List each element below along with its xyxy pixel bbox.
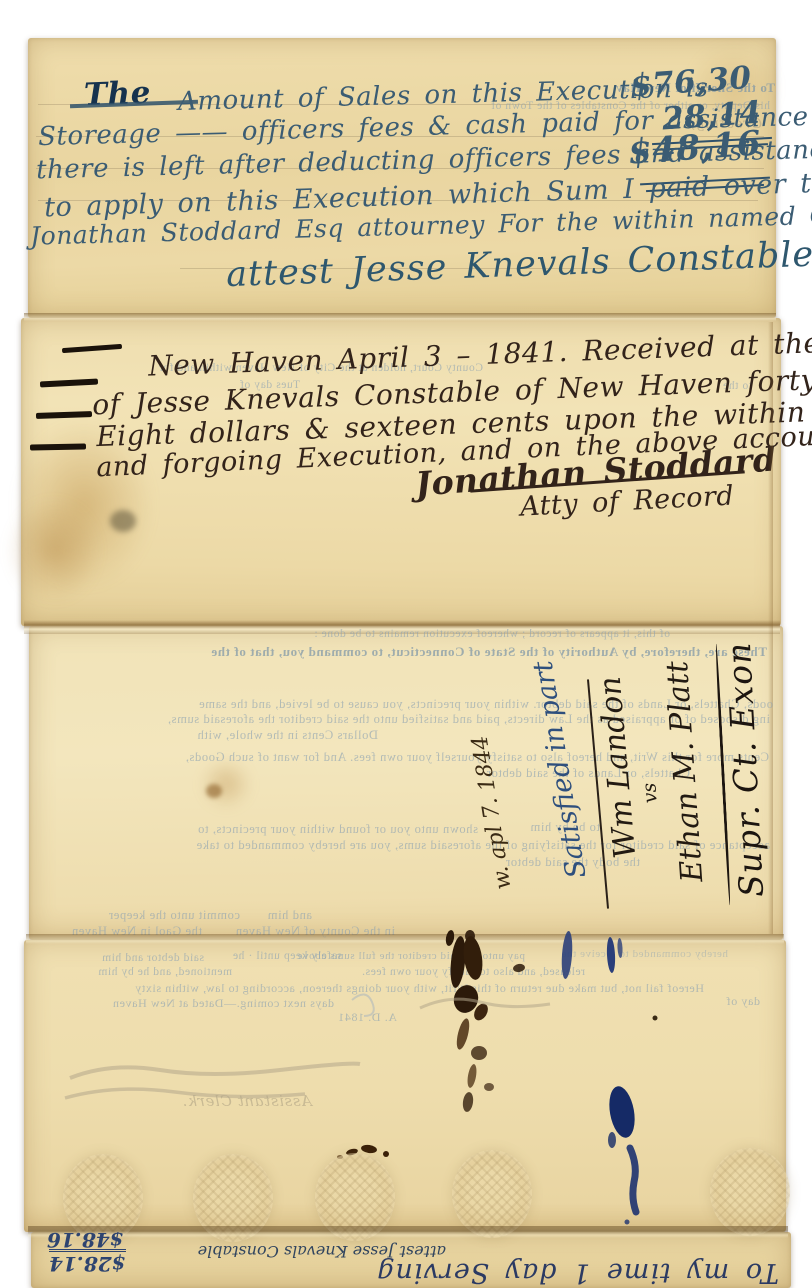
bottom-strip: To my time 1 day Serving attest Jesse Kn… (31, 1232, 791, 1288)
blue-ink-blot (560, 931, 638, 1225)
showthrough-line: Dollars Cents in the whole, with (48, 728, 378, 743)
docket-vs: vs (638, 772, 663, 813)
showthrough-line: acceptance of said creditor for the sati… (50, 838, 770, 853)
strip-amount-top: $28.14 (49, 1249, 126, 1276)
showthrough-line: Cents more for this Writ, and hereof als… (44, 750, 769, 765)
stain (206, 784, 222, 798)
brown-ink-blot (445, 929, 658, 1112)
document-scan: To the Sheriff of New Hav his Deputy, or… (0, 0, 812, 1288)
wafer-seal (452, 1150, 532, 1238)
stain (110, 510, 136, 532)
margin-dash (30, 444, 86, 451)
stain (6, 498, 101, 603)
upside-down-content: To my time 1 day Serving attest Jesse Kn… (31, 1232, 791, 1288)
strip-fee-line: To my time 1 day Serving (39, 1257, 779, 1288)
showthrough-line: ing disposed of or appraised as the Law … (48, 712, 770, 727)
showthrough-line: of this, it appears of record ; whereof … (150, 628, 670, 640)
fold-crease (24, 313, 776, 321)
stain (200, 758, 252, 810)
strip-amount-bottom: $48.16 (47, 1232, 124, 1252)
showthrough-line: shown unto you or found within your prec… (118, 822, 478, 837)
wafer-seal (710, 1148, 790, 1236)
strip-attest-line: attest Jesse Knevals Constable (116, 1242, 446, 1261)
